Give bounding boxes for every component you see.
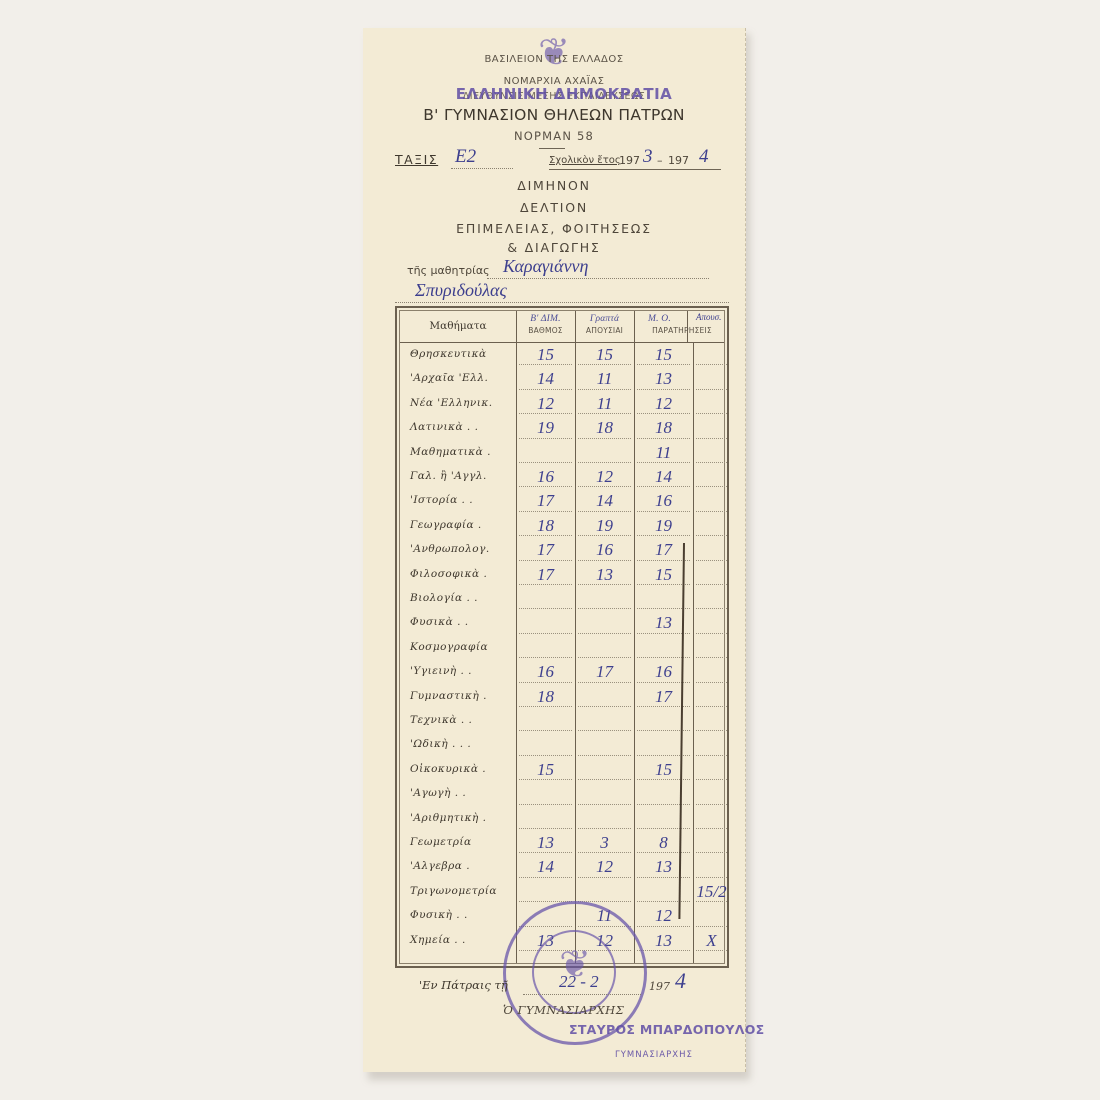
remarks-cell [634, 638, 693, 660]
table-row: Γεωγραφία .181919 [400, 515, 724, 539]
absences-cell: 13 [575, 565, 634, 587]
absences-cell [575, 711, 634, 733]
student-surname: Καραγιάννη [503, 256, 588, 277]
grade-cell [516, 809, 575, 831]
remarks-cell: 17 [634, 687, 693, 709]
table-row: 'Αγωγὴ . . [400, 783, 724, 807]
extra-cell [693, 833, 730, 855]
subject-name: Κοσμογραφία [410, 641, 516, 653]
grade-cell: 15 [516, 760, 575, 782]
year-prefix: 197 [649, 980, 670, 993]
grade-cell: 15 [516, 345, 575, 367]
title-line-1: ΔΙΜΗΝΟΝ [363, 178, 745, 193]
absences-cell [575, 589, 634, 611]
subjects-column-header: Μαθήματα [400, 311, 516, 342]
absences-cell [575, 809, 634, 831]
extra-cell [693, 369, 730, 391]
remarks-cell: 11 [634, 443, 693, 465]
grade-cell: 16 [516, 662, 575, 684]
table-row: Βιολογία . . [400, 588, 724, 612]
absences-cell [575, 613, 634, 635]
absences-cell [575, 784, 634, 806]
table-row: 'Αρχαῖα 'Ελλ.141113 [400, 368, 724, 392]
subject-name: Γαλ. ἢ 'Αγγλ. [410, 470, 516, 482]
remarks-cell: 15 [634, 345, 693, 367]
remarks-cell [634, 711, 693, 733]
table-row: 'Αριθμητικὴ . [400, 808, 724, 832]
table-row: Τεχνικὰ . . [400, 710, 724, 734]
grade-cell: 18 [516, 687, 575, 709]
school-year-dash: – [657, 154, 663, 167]
absences-cell: 19 [575, 516, 634, 538]
extra-cell [693, 418, 730, 440]
remarks-cell: 8 [634, 833, 693, 855]
subject-name: Μαθηματικὰ . [410, 446, 516, 458]
extra-cell [693, 784, 730, 806]
remarks-cell: 16 [634, 662, 693, 684]
school-year-value-2: 4 [699, 146, 709, 168]
absences-cell: 18 [575, 418, 634, 440]
table-row: Νέα 'Ελληνικ.121112 [400, 393, 724, 417]
extra-cell [693, 638, 730, 660]
grade-cell [516, 443, 575, 465]
school-address: ΝΟΡΜΑΝ 58 [363, 129, 745, 143]
absences-column-header: Γραπτά ΑΠΟΥΣΙΑΙ [575, 311, 634, 342]
principal-name-stamp: ΣΤΑΥΡΟΣ ΜΠΑΡΔΟΠΟΥΛΟΣ [569, 1022, 764, 1037]
remarks-cell: 16 [634, 491, 693, 513]
subject-name: 'Αριθμητικὴ . [410, 812, 516, 824]
class-label: ΤΑΞΙΣ [395, 152, 438, 167]
table-row: 'Ανθρωπολογ.171617 [400, 539, 724, 563]
table-row: Λατινικὰ . .191818 [400, 417, 724, 441]
school-year-prefix-1: 197 [619, 154, 640, 167]
title-line-3: ΕΠΙΜΕΛΕΙΑΣ, ΦΟΙΤΗΣΕΩΣ [363, 221, 745, 236]
grade-cell [516, 589, 575, 611]
school-name: Β' ΓΥΜΝΑΣΙΟΝ ΘΗΛΕΩΝ ΠΑΤΡΩΝ [363, 106, 745, 124]
remarks-cell: 13 [634, 613, 693, 635]
subject-name: Φυσικὰ . . [410, 616, 516, 628]
grade-cell: 13 [516, 833, 575, 855]
extra-cell [693, 394, 730, 416]
title-line-2: ΔΕΛΤΙΟΝ [363, 200, 745, 215]
table-row: Μαθηματικὰ .11 [400, 442, 724, 466]
subject-name: Γεωγραφία . [410, 519, 516, 531]
place-date-label: 'Εν Πάτραις τῇ [419, 978, 508, 992]
extra-cell [693, 467, 730, 489]
grade-cell [516, 784, 575, 806]
table-row: Γαλ. ἢ 'Αγγλ.161214 [400, 466, 724, 490]
grade-cell [516, 735, 575, 757]
student-label: τῆς μαθητρίας [407, 264, 490, 277]
extra-cell [693, 809, 730, 831]
absences-cell [575, 735, 634, 757]
absences-cell [575, 443, 634, 465]
absences-cell [575, 760, 634, 782]
extra-cell [693, 565, 730, 587]
subject-name: Χημεία . . [410, 934, 516, 946]
remarks-cell: 18 [634, 418, 693, 440]
absences-cell: 17 [575, 662, 634, 684]
extra-cell [693, 345, 730, 367]
extra-column-header: Απουσ. [696, 312, 721, 322]
signatory-title: Ὁ ΓΥΜΝΑΣΙΑΡΧΗΣ [503, 1003, 624, 1017]
school-year-label: Σχολικὸν ἔτος [549, 155, 621, 166]
absences-cell: 14 [575, 491, 634, 513]
absences-cell [575, 882, 634, 904]
extra-cell [693, 906, 730, 928]
absences-cell: 11 [575, 394, 634, 416]
subject-name: Λατινικὰ . . [410, 421, 516, 433]
table-row: Γυμναστικὴ .1817 [400, 686, 724, 710]
table-row: 'Υγιεινὴ . .161716 [400, 661, 724, 685]
extra-cell [693, 857, 730, 879]
grade-cell [516, 711, 575, 733]
extra-cell [693, 589, 730, 611]
grade-cell [516, 613, 575, 635]
subject-name: Φυσικὴ . . [410, 909, 516, 921]
subject-name: 'Ωδικὴ . . . [410, 738, 516, 750]
grade-column-header: Β' ΔΙΜ. ΒΑΘΜΟΣ [516, 311, 575, 342]
subject-name: 'Ιστορία . . [410, 494, 516, 506]
extra-cell [693, 662, 730, 684]
subject-name: Τριγωνομετρία [410, 885, 516, 897]
date-handwritten: 22 - 2 [559, 972, 599, 992]
subject-name: 'Αλγεβρα . [410, 860, 516, 872]
eagle-emblem-icon: ❦ [519, 30, 589, 74]
extra-cell [693, 491, 730, 513]
subject-name: Οἰκοκυρικὰ . [410, 763, 516, 775]
grade-cell [516, 638, 575, 660]
table-row: 'Ωδικὴ . . . [400, 734, 724, 758]
school-year-prefix-2: 197 [668, 154, 689, 167]
extra-cell [693, 711, 730, 733]
table-row: Γεωμετρία1338 [400, 832, 724, 856]
remarks-cell [634, 735, 693, 757]
subject-name: Γυμναστικὴ . [410, 690, 516, 702]
remarks-cell: 14 [634, 467, 693, 489]
table-row: 'Αλγεβρα .141213 [400, 856, 724, 880]
remarks-cell: 19 [634, 516, 693, 538]
grade-cell: 17 [516, 491, 575, 513]
extra-cell [693, 540, 730, 562]
grades-table: Μαθήματα Β' ΔΙΜ. ΒΑΘΜΟΣ Γραπτά ΑΠΟΥΣΙΑΙ … [395, 306, 729, 968]
absences-cell [575, 687, 634, 709]
subject-name: Θρησκευτικὰ [410, 348, 516, 360]
absences-cell: 3 [575, 833, 634, 855]
title-line-4: & ΔΙΑΓΩΓΗΣ [363, 240, 763, 255]
subject-name: 'Υγιεινὴ . . [410, 665, 516, 677]
grade-cell: 17 [516, 540, 575, 562]
absences-cell [575, 638, 634, 660]
absences-cell: 12 [575, 467, 634, 489]
subject-name: Νέα 'Ελληνικ. [410, 397, 516, 409]
school-year-value-1: 3 [643, 146, 653, 168]
student-name: Σπυριδούλας [415, 280, 507, 301]
extra-cell [693, 735, 730, 757]
extra-cell [693, 613, 730, 635]
grade-cell: 14 [516, 369, 575, 391]
report-card: ❦ ΒΑΣΙΛΕΙΟΝ ΤΗΣ ΕΛΛΑΔΟΣ ΝΟΜΑΡΧΙΑ ΑΧΑΪΑΣ … [363, 28, 746, 1072]
table-row: 'Ιστορία . .171416 [400, 490, 724, 514]
table-row: Οἰκοκυρικὰ .1515 [400, 759, 724, 783]
grade-cell: 12 [516, 394, 575, 416]
remarks-cell: 12 [634, 906, 693, 928]
subject-name: 'Ανθρωπολογ. [410, 543, 516, 555]
remarks-cell: 13 [634, 857, 693, 879]
class-value: Ε2 [455, 146, 476, 168]
remarks-cell: 13 [634, 369, 693, 391]
subject-name: Φιλοσοφικὰ . [410, 568, 516, 580]
remarks-cell: 12 [634, 394, 693, 416]
subject-name: Βιολογία . . [410, 592, 516, 604]
table-row: Φιλοσοφικὰ .171315 [400, 564, 724, 588]
republic-overprint-stamp: ΕΛΛΗΝΙΚΗ ΔΗΜΟΚΡΑΤΙΑ [363, 85, 755, 103]
extra-cell [693, 516, 730, 538]
absences-cell: 12 [575, 857, 634, 879]
subject-name: 'Αρχαῖα 'Ελλ. [410, 372, 516, 384]
remarks-cell [634, 784, 693, 806]
kingdom-header: ΒΑΣΙΛΕΙΟΝ ΤΗΣ ΕΛΛΑΔΟΣ [363, 54, 745, 65]
extra-cell: 15/2 [693, 882, 730, 904]
absences-cell: 15 [575, 345, 634, 367]
absences-cell: 11 [575, 369, 634, 391]
extra-cell [693, 687, 730, 709]
remarks-cell: 15 [634, 760, 693, 782]
principal-title-stamp: ΓΥΜΝΑΣΙΑΡΧΗΣ [615, 1050, 693, 1060]
extra-cell [693, 760, 730, 782]
remarks-cell [634, 882, 693, 904]
grade-cell: 14 [516, 857, 575, 879]
table-row: Φυσικὰ . .13 [400, 612, 724, 636]
grade-cell: 19 [516, 418, 575, 440]
subject-name: Γεωμετρία [410, 836, 516, 848]
remarks-cell [634, 809, 693, 831]
grade-cell: 18 [516, 516, 575, 538]
absences-cell: 16 [575, 540, 634, 562]
grade-cell: 17 [516, 565, 575, 587]
table-row: Κοσμογραφία [400, 637, 724, 661]
subject-name: Τεχνικὰ . . [410, 714, 516, 726]
extra-cell: X [693, 931, 730, 953]
subject-name: 'Αγωγὴ . . [410, 787, 516, 799]
grade-cell: 16 [516, 467, 575, 489]
year-value: 4 [675, 968, 686, 994]
extra-cell [693, 443, 730, 465]
table-row: Θρησκευτικὰ151515 [400, 344, 724, 368]
